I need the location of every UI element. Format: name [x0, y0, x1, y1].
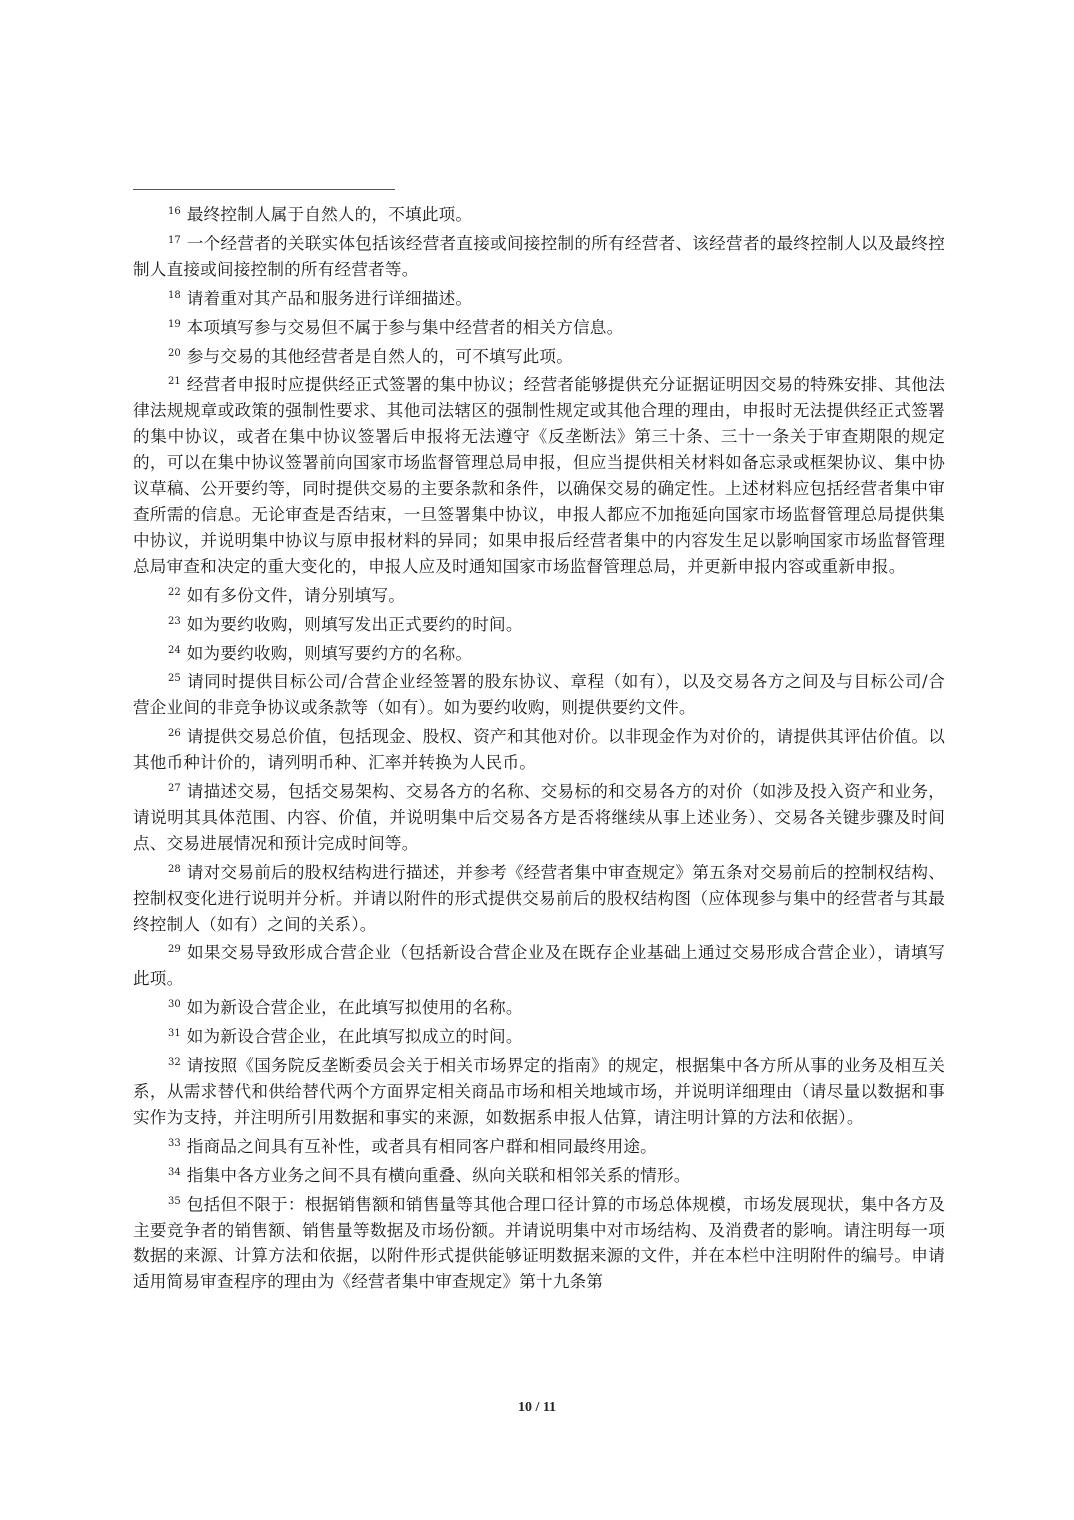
footnote-number: 16 [168, 206, 181, 217]
footnote-number: 30 [168, 999, 181, 1010]
footnote-text: 如果交易导致形成合营企业（包括新设合营企业及在既存企业基础上通过交易形成合营企业… [133, 943, 945, 988]
footnote-text: 如有多份文件，请分别填写。 [187, 586, 405, 605]
footnote-text: 请对交易前后的股权结构进行描述，并参考《经营者集中审查规定》第五条对交易前后的控… [133, 863, 945, 934]
footnote-number: 23 [168, 616, 181, 627]
footnotes-section: 16最终控制人属于自然人的，不填此项。 17一个经营者的关联实体包括该经营者直接… [133, 199, 945, 1295]
footnote-text: 经营者申报时应提供经正式签署的集中协议；经营者能够提供充分证据证明因交易的特殊安… [133, 375, 945, 575]
footnote-number: 28 [168, 864, 181, 875]
footnote-27: 27请描述交易，包括交易架构、交易各方的名称、交易标的和交易各方的对价（如涉及投… [133, 776, 945, 857]
footnote-19: 19本项填写参与交易但不属于参与集中经营者的相关方信息。 [133, 312, 945, 341]
footnote-text: 包括但不限于：根据销售额和销售量等其他合理口径计算的市场总体规模，市场发展现状，… [133, 1195, 945, 1292]
footnote-text: 参与交易的其他经营者是自然人的，可不填写此项。 [187, 347, 573, 366]
footnote-text: 请着重对其产品和服务进行详细描述。 [187, 289, 473, 308]
footnote-35: 35包括但不限于：根据销售额和销售量等其他合理口径计算的市场总体规模，市场发展现… [133, 1189, 945, 1296]
footnote-32: 32请按照《国务院反垄断委员会关于相关市场界定的指南》的规定，根据集中各方所从事… [133, 1050, 945, 1131]
footnote-text: 指商品之间具有互补性，或者具有相同客户群和相同最终用途。 [187, 1137, 657, 1156]
footnote-number: 29 [168, 944, 181, 955]
footnote-number: 31 [168, 1028, 181, 1039]
footnote-16: 16最终控制人属于自然人的，不填此项。 [133, 199, 945, 228]
footnote-separator [133, 189, 395, 190]
footnote-20: 20参与交易的其他经营者是自然人的，可不填写此项。 [133, 341, 945, 370]
footnote-number: 19 [168, 319, 181, 330]
footnote-text: 最终控制人属于自然人的，不填此项。 [187, 205, 473, 224]
footnote-28: 28请对交易前后的股权结构进行描述，并参考《经营者集中审查规定》第五条对交易前后… [133, 857, 945, 938]
footnote-number: 18 [168, 290, 181, 301]
footnote-text: 请提供交易总价值，包括现金、股权、资产和其他对价。以非现金作为对价的，请提供其评… [133, 727, 945, 772]
footnote-33: 33指商品之间具有互补性，或者具有相同客户群和相同最终用途。 [133, 1131, 945, 1160]
document-page: 16最终控制人属于自然人的，不填此项。 17一个经营者的关联实体包括该经营者直接… [0, 0, 1074, 1520]
footnote-text: 请描述交易，包括交易架构、交易各方的名称、交易标的和交易各方的对价（如涉及投入资… [133, 782, 945, 853]
footnote-text: 一个经营者的关联实体包括该经营者直接或间接控制的所有经营者、该经营者的最终控制人… [133, 234, 945, 279]
footnote-17: 17一个经营者的关联实体包括该经营者直接或间接控制的所有经营者、该经营者的最终控… [133, 228, 945, 283]
footnote-text: 如为新设合营企业，在此填写拟成立的时间。 [187, 1027, 523, 1046]
footnote-number: 35 [168, 1196, 181, 1207]
footnote-24: 24如为要约收购，则填写要约方的名称。 [133, 638, 945, 667]
footnote-number: 27 [168, 783, 181, 794]
footnote-number: 33 [168, 1138, 181, 1149]
footnote-number: 17 [168, 235, 181, 246]
footnote-text: 如为要约收购，则填写要约方的名称。 [187, 644, 473, 663]
footnote-text: 如为要约收购，则填写发出正式要约的时间。 [187, 615, 523, 634]
footnote-21: 21经营者申报时应提供经正式签署的集中协议；经营者能够提供充分证据证明因交易的特… [133, 369, 945, 579]
footnote-number: 34 [168, 1167, 181, 1178]
footnote-25: 25请同时提供目标公司/合营企业经签署的股东协议、章程（如有），以及交易各方之间… [133, 666, 945, 721]
footnote-number: 32 [168, 1057, 181, 1068]
footnote-29: 29如果交易导致形成合营企业（包括新设合营企业及在既存企业基础上通过交易形成合营… [133, 937, 945, 992]
footnote-31: 31如为新设合营企业，在此填写拟成立的时间。 [133, 1021, 945, 1050]
page-number: 10 / 11 [0, 1400, 1074, 1416]
footnote-number: 25 [168, 673, 181, 684]
footnote-number: 20 [168, 348, 181, 359]
footnote-number: 22 [168, 587, 181, 598]
footnote-23: 23如为要约收购，则填写发出正式要约的时间。 [133, 609, 945, 638]
footnote-30: 30如为新设合营企业，在此填写拟使用的名称。 [133, 992, 945, 1021]
footnote-26: 26请提供交易总价值，包括现金、股权、资产和其他对价。以非现金作为对价的，请提供… [133, 721, 945, 776]
footnote-18: 18请着重对其产品和服务进行详细描述。 [133, 283, 945, 312]
footnote-number: 26 [168, 728, 181, 739]
footnote-text: 指集中各方业务之间不具有横向重叠、纵向关联和相邻关系的情形。 [187, 1166, 691, 1185]
footnote-22: 22如有多份文件，请分别填写。 [133, 580, 945, 609]
footnote-text: 本项填写参与交易但不属于参与集中经营者的相关方信息。 [187, 318, 624, 337]
footnote-34: 34指集中各方业务之间不具有横向重叠、纵向关联和相邻关系的情形。 [133, 1160, 945, 1189]
footnote-number: 24 [168, 645, 181, 656]
footnote-text: 如为新设合营企业，在此填写拟使用的名称。 [187, 998, 523, 1017]
footnote-text: 请同时提供目标公司/合营企业经签署的股东协议、章程（如有），以及交易各方之间及与… [133, 672, 945, 717]
footnote-number: 21 [168, 376, 181, 387]
footnote-text: 请按照《国务院反垄断委员会关于相关市场界定的指南》的规定，根据集中各方所从事的业… [133, 1056, 945, 1127]
